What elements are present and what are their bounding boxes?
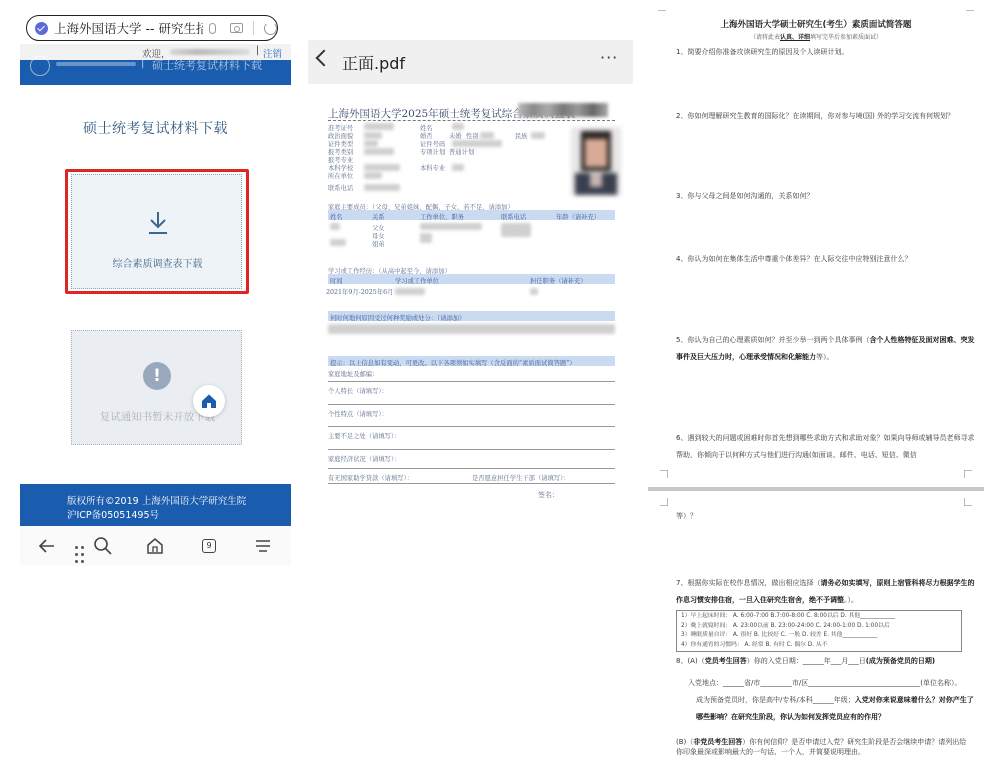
redacted-value (328, 324, 615, 334)
browser-nav-bar: 9 (20, 526, 291, 566)
question-text: 。）。 (844, 596, 858, 604)
fill-row-label: 家庭经济状况（请填写）： (328, 454, 400, 463)
question-4: 4、你认为如何在集体生活中尊重个体差异？在人际交往中应特别注意什么？ (676, 251, 976, 268)
logout-link[interactable]: 注销 (263, 46, 282, 60)
survey-download-button[interactable]: 综合素质调查表下载 (71, 174, 242, 289)
home-icon (201, 393, 217, 409)
question-emphasis: 绝不予调整 (809, 592, 844, 610)
redacted-value (480, 132, 494, 139)
divider (328, 120, 615, 121)
page-corner-mark (964, 498, 972, 506)
study-time-cell: 2021年9月-2025年6月 (326, 287, 393, 296)
redacted-value (420, 233, 432, 243)
page-break (648, 487, 984, 491)
column-header: 关系 (372, 212, 385, 221)
question-8a-grade: 成为预备党员时，你是高中/专科/本科______年级；入党对你来说意味着什么？对… (696, 692, 976, 726)
column-header: 工作单位、职务 (420, 212, 464, 221)
home-float-button[interactable] (193, 385, 225, 417)
question-2: 2、你如何理解研究生教育的国际化？在读期间，你对参与境(国) 外的学习交流有何规… (676, 108, 976, 125)
field-label: 联系电话 (328, 183, 353, 192)
awards-label: 何时何地何原因受过何种奖励或处分：（请添加） (330, 313, 465, 322)
redacted-value (364, 140, 378, 147)
search-button[interactable] (92, 535, 114, 557)
awards-header: 何时何地何原因受过何种奖励或处分：（请添加） (328, 311, 615, 321)
page-corner-mark (964, 470, 972, 478)
pdf-page[interactable]: 上海外国语大学2025年硕士统考复试综合素质调查表 准考证号政治面貌证件类型报考… (308, 84, 633, 768)
site-footer: 版权所有©2019 上海外国语大学研究生院 沪ICP备05051495号 (20, 484, 291, 526)
question-8b: (B)（非党员考生回答）你有何信仰？是否申请过入党？研究生阶段是否会继续申请？请… (676, 737, 972, 757)
field-label: 所在单位 (328, 171, 353, 180)
microphone-icon[interactable] (209, 23, 216, 34)
column-header: 时间 (330, 276, 343, 285)
schedule-option: 2）晚上就寝时间： A. 23:00以前 B. 23:00-24:00 C. 2… (681, 622, 957, 632)
ethnicity-label: 民族 (515, 131, 528, 140)
question-text: (B)（ (676, 738, 693, 746)
redacted-value (501, 223, 531, 237)
home-icon (144, 535, 166, 557)
mobile-browser-panel: 上海外国语大学 -- 研究生招 欢迎， | 注销 | 硕士统考复试材料下载 硕士… (20, 10, 291, 566)
menu-icon (252, 535, 274, 557)
question-8a: 8、(A)（党员考生回答）你的入党日期：______年___月___日(成为预备… (676, 653, 976, 670)
question-3: 3、你与父母之间是如何沟通的，关系如何？ (676, 188, 976, 205)
column-header: 学习或工作单位 (395, 276, 439, 285)
document-subtitle: （请将此表认真、详细填写完毕后参加素质面试） (648, 32, 984, 41)
field-value: 普通计划 (449, 147, 474, 156)
username-redacted (170, 49, 250, 55)
redacted-block (518, 103, 608, 117)
column-header: 年龄（请补充） (556, 212, 600, 221)
redacted-value (395, 288, 425, 295)
schedule-option: 1）早上起床时间： A. 6:00-7:00 B.7:00-8:00 C. 8:… (681, 612, 957, 622)
schedule-option: 4）你有通宵的习惯吗： A. 经常 B. 有时 C. 偶尔 D. 从不 (681, 641, 957, 651)
page-title: 硕士统考复试材料下载 (20, 118, 291, 138)
redacted-value (364, 132, 382, 139)
question-text: 8、(A)（ (676, 657, 705, 665)
field-label: 专项计划 (420, 147, 445, 156)
question-5: 5、你认为自己的心理素质如何？并至少举一到两个具体事例（含个人性格特征及面对困难… (676, 332, 976, 366)
column-header: 联系电话 (501, 212, 526, 221)
subtitle-emphasis: 认真、详细 (780, 34, 810, 41)
question-emphasis: 党员考生回答 (705, 657, 747, 665)
page-corner-mark (658, 10, 666, 18)
separator: | (256, 45, 259, 56)
fill-row[interactable]: 有无国家助学贷款（请填写）： 是否愿意担任学生干部（请填写）： (328, 469, 615, 484)
home-button[interactable] (144, 535, 166, 557)
signature-label: 签名： (538, 490, 559, 500)
schedule-option: 3）睡眠质量自评： A. 很好 B. 比较好 C. 一般 D. 较差 E. 其他… (681, 631, 957, 641)
subtitle-text: 填写完毕后参加素质面试） (810, 34, 882, 41)
question-text: 5、你认为自己的心理素质如何？并至少举一到两个具体事例（ (676, 336, 869, 344)
notice-text: 提示：以上信息如有变动，可更改。以下各项须如实填写（含反面的“素质面试简答题”） (330, 358, 576, 367)
redacted-value (452, 123, 464, 130)
fill-row[interactable]: 个人特长（请填写）： (328, 382, 615, 405)
family-table-header: 姓名 关系 工作单位、职务 联系电话 年龄（请补充） (328, 210, 615, 220)
camera-icon[interactable] (230, 23, 243, 33)
fill-row[interactable]: 主要不足之处（请填写）： (328, 427, 615, 450)
university-logo-icon[interactable] (30, 56, 50, 76)
schedule-options-box: 1）早上起床时间： A. 6:00-7:00 B.7:00-8:00 C. 8:… (676, 610, 962, 652)
relation-cell: 姐弟 (372, 239, 385, 248)
field-value: 未婚 (449, 131, 462, 140)
question-emphasis: 非党员考生回答 (693, 738, 742, 746)
page-corner-mark (660, 470, 668, 478)
site-name-blurred (56, 62, 136, 66)
chevron-left-icon[interactable] (316, 50, 333, 67)
page-corner-mark (660, 498, 668, 506)
redacted-value (420, 223, 482, 230)
pdf-file-title: 正面.pdf (342, 51, 405, 74)
fill-row-label: 有无国家助学贷款（请填写）： (328, 473, 413, 482)
drag-handle-icon[interactable] (75, 546, 85, 566)
column-header: 担任职务（请补充） (530, 276, 587, 285)
tabs-icon: 9 (202, 539, 216, 553)
address-bar-container: 上海外国语大学 -- 研究生招 (20, 10, 291, 44)
divider (253, 21, 254, 35)
fill-row-label: 个性特点（请填写）： (328, 409, 388, 418)
site-header: | 硕士统考复试材料下载 (20, 60, 291, 85)
fill-row-label: 主要不足之处（请填写）： (328, 431, 400, 440)
gender-label: 性别 (466, 131, 479, 140)
address-bar[interactable]: 上海外国语大学 -- 研究生招 (26, 15, 278, 41)
question-6: 6、遇到较大的问题或困难时你首先想到哪些求助方式和求助对象？如果向导师或辅导员老… (676, 430, 976, 464)
column-header: 姓名 (330, 212, 343, 221)
field-label: 本科专业 (420, 163, 445, 172)
copyright-text: 版权所有©2019 上海外国语大学研究生院 (67, 493, 246, 507)
study-table-header: 时间 学习或工作单位 担任职务（请补充） (328, 274, 615, 284)
redacted-value (330, 223, 340, 230)
exclamation-icon: ! (143, 362, 171, 390)
search-icon (92, 535, 114, 557)
fill-row-label: 家庭地址及邮编： (328, 369, 378, 378)
questions-document-panel: 上海外国语大学硕士研究生(考生）素质面试简答题 （请将此表认真、详细填写完毕后参… (648, 0, 984, 768)
fill-row-label: 个人特长（请填写）： (328, 386, 388, 395)
document-title: 上海外国语大学硕士研究生(考生）素质面试简答题 (648, 18, 984, 30)
question-emphasis: (成为预备党员的日期) (866, 657, 935, 665)
shield-check-icon (35, 22, 48, 35)
applicant-photo (571, 127, 621, 195)
address-text[interactable]: 上海外国语大学 -- 研究生招 (54, 19, 203, 37)
separator: | (141, 58, 144, 69)
notice-header: 提示：以上信息如有变动，可更改。以下各项须如实填写（含反面的“素质面试简答题”） (328, 356, 615, 366)
pdf-viewer-panel: 正面.pdf ··· 上海外国语大学2025年硕士统考复试综合素质调查表 准考证… (308, 40, 633, 768)
redacted-value (364, 148, 394, 155)
question-text: 7、根据你实际在校作息情况，做出相应选择（ (676, 579, 820, 587)
page-corner-mark (966, 10, 974, 18)
redacted-value (330, 239, 346, 246)
download-icon (146, 210, 170, 236)
redacted-value (364, 164, 400, 171)
fill-row[interactable]: 个性特点（请填写）： (328, 405, 615, 427)
fill-row[interactable]: 家庭地址及邮编： (328, 368, 615, 382)
redacted-value (364, 184, 400, 191)
redacted-value (452, 164, 464, 171)
more-icon[interactable]: ··· (600, 48, 618, 67)
fill-row[interactable]: 家庭经济状况（请填写）： (328, 450, 615, 469)
question-7: 7、根据你实际在校作息情况，做出相应选择（请务必如实填写，原则上宿管科将尽力根据… (676, 575, 976, 610)
back-button[interactable] (36, 535, 58, 557)
subtitle-text: （请将此表 (750, 34, 780, 41)
redacted-value (452, 140, 502, 147)
fill-row-label: 是否愿意担任学生干部（请填写）： (472, 473, 570, 482)
refresh-icon[interactable] (264, 22, 277, 35)
question-text: 成为预备党员时，你是高中/专科/本科______年级； (696, 696, 855, 704)
redacted-value (364, 172, 382, 179)
question-1: 1、简要介绍你准备攻读研究生的原因及个人读研计划。 (676, 44, 976, 61)
question-text: ）你的入党日期：______年___月___日 (747, 657, 866, 665)
question-text: 等）。 (816, 353, 834, 361)
redacted-value (530, 288, 538, 295)
icp-text: 沪ICP备05051495号 (67, 507, 159, 521)
redacted-value (364, 123, 394, 130)
menu-button[interactable] (252, 535, 274, 557)
back-arrow-icon (36, 535, 58, 557)
breadcrumb: 硕士统考复试材料下载 (152, 57, 262, 73)
question-8a-place: 入党地点：______省/市_________市/区______________… (688, 675, 978, 692)
redacted-value (531, 132, 545, 139)
question-6-continued: 等）？ (676, 508, 976, 525)
tabs-button[interactable]: 9 (198, 535, 220, 557)
download-label: 综合素质调查表下载 (72, 255, 243, 270)
pdf-toolbar: 正面.pdf ··· (308, 40, 633, 84)
